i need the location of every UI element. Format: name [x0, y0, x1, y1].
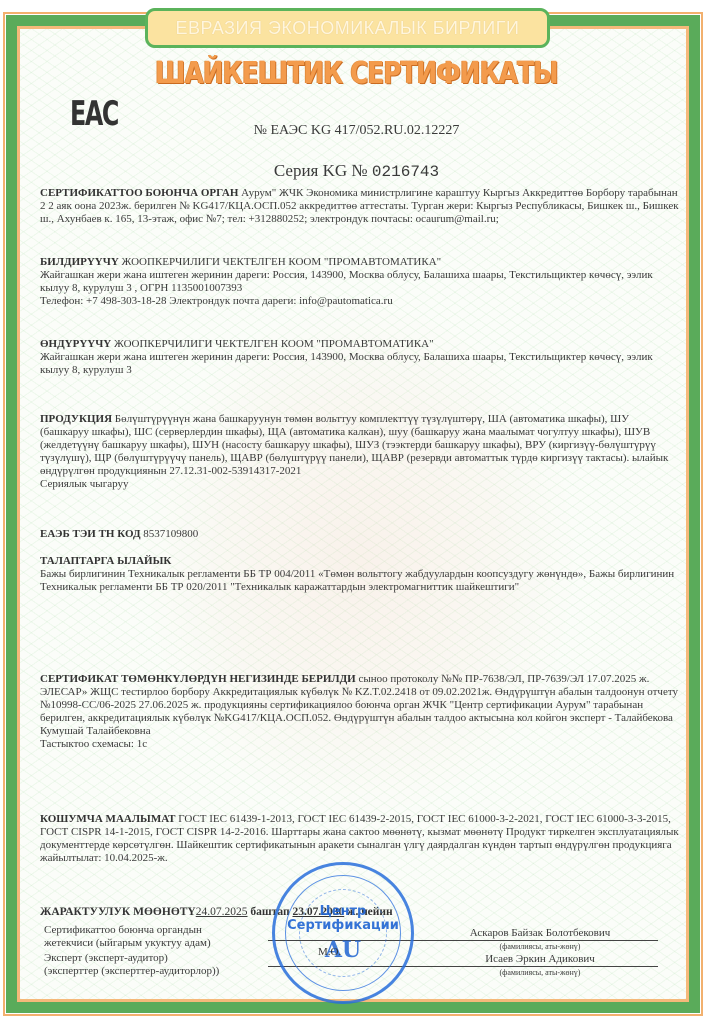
expert-name-caption: (фамилиясы, аты-жөнү): [440, 968, 640, 977]
product-label: ПРОДУКЦИЯ: [40, 413, 112, 425]
series-label: Серия KG №: [274, 161, 368, 180]
applicant-label: БИЛДИРҮҮЧҮ: [40, 256, 119, 268]
head-name-caption: (фамилиясы, аты-жөнү): [440, 942, 640, 951]
expert-signatory-label: Эксперт (эксперт-аудитор) (эксперттер (э…: [44, 952, 219, 978]
seal-place-mark: М.О.: [318, 946, 341, 958]
hs-code-label: ЕАЭБ ТЭИ ТН КОД: [40, 528, 141, 540]
applicant-contact: Телефон: +7 498-303-18-28 Электрондук по…: [40, 295, 680, 308]
head-signatory-name: Аскаров Байзак Болотбекович: [440, 927, 640, 939]
product-text: Бөлүштүрүүнүн жана башкаруунун төмөн вол…: [40, 413, 668, 477]
additional-info-label: КОШУМЧА МААЛЫМАТ: [40, 813, 176, 825]
applicant-address: Жайгашкан жери жана иштеген жеринин даре…: [40, 269, 680, 295]
validity-label: ЖАРАКТУУЛУК МӨӨНӨТҮ: [40, 906, 196, 918]
hs-code-section: ЕАЭБ ТЭИ ТН КОД 8537109800: [40, 528, 680, 541]
validity-from: 24.07.2025: [196, 906, 248, 918]
stamp-center-text: Центр Сертификации: [275, 905, 411, 933]
manufacturer-name: ЖООПКЕРЧИЛИГИ ЧЕКТЕЛГЕН КООМ "ПРОМАВТОМА…: [111, 338, 433, 350]
stamp-logo-icon: AU: [275, 937, 411, 963]
basis-section: СЕРТИФИКАТ ТӨМӨНКҮЛӨРДҮН НЕГИЗИНДЕ БЕРИЛ…: [40, 673, 680, 751]
requirements-label: ТАЛАПТАРГА ЫЛАЙЫК: [40, 555, 680, 568]
applicant-section: БИЛДИРҮҮЧҮ ЖООПКЕРЧИЛИГИ ЧЕКТЕЛГЕН КООМ …: [40, 256, 680, 308]
manufacturer-address: Жайгашкан жери жана иштеген жеринин даре…: [40, 351, 680, 377]
series-number: 0216743: [372, 163, 439, 181]
hs-code-value: 8537109800: [141, 528, 199, 540]
requirements-text: Бажы бирлигинин Техникалык регламенти ББ…: [40, 568, 680, 594]
head-signatory-label: Сертификаттоо боюнча органдын жетекчиси …: [44, 924, 211, 950]
certification-scheme: Тастыктоо схемасы: 1с: [40, 738, 680, 751]
manufacturer-section: ӨНДҮРҮҮЧҮ ЖООПКЕРЧИЛИГИ ЧЕКТЕЛГЕН КООМ "…: [40, 338, 680, 377]
series-line: Серия KG № 0216743: [0, 161, 713, 181]
certification-body-label: СЕРТИФИКАТТОО БОЮНЧА ОРГАН: [40, 187, 238, 199]
manufacturer-label: ӨНДҮРҮҮЧҮ: [40, 338, 111, 350]
certification-body-section: СЕРТИФИКАТТОО БОЮНЧА ОРГАН Аурум" ЖЧК Эк…: [40, 187, 680, 226]
eaeu-banner: ЕВРАЗИЯ ЭКОНОМИКАЛЫК БИРЛИГИ: [145, 8, 550, 48]
expert-signatory-name: Исаев Эркин Адикович: [440, 953, 640, 965]
additional-info-section: КОШУМЧА МААЛЫМАТ ГОСТ IEC 61439-1-2013, …: [40, 813, 680, 865]
applicant-name: ЖООПКЕРЧИЛИГИ ЧЕКТЕЛГЕН КООМ "ПРОМАВТОМА…: [119, 256, 441, 268]
basis-label: СЕРТИФИКАТ ТӨМӨНКҮЛӨРДҮН НЕГИЗИНДЕ БЕРИЛ…: [40, 673, 356, 685]
certificate-number: № ЕАЭС KG 417/052.RU.02.12227: [0, 123, 713, 139]
certificate-title: ШАЙКЕШТИК СЕРТИФИКАТЫ: [64, 56, 649, 91]
requirements-section: ТАЛАПТАРГА ЫЛАЙЫК Бажы бирлигинин Техник…: [40, 555, 680, 594]
product-section: ПРОДУКЦИЯ Бөлүштүрүүнүн жана башкаруунун…: [40, 413, 680, 491]
production-type: Сериялык чыгаруу: [40, 478, 680, 491]
banner-text: ЕВРАЗИЯ ЭКОНОМИКАЛЫК БИРЛИГИ: [176, 18, 520, 39]
official-seal-stamp: Центр Сертификации AU: [272, 862, 414, 1004]
